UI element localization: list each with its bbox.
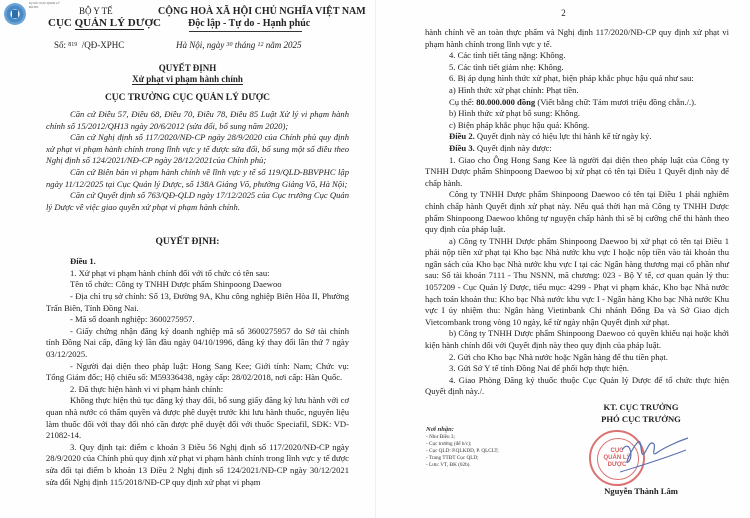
document-date: Hà Nội, ngày 30 tháng 12 năm 2025 [176, 40, 302, 50]
nation-name: CỘNG HOÀ XÃ HỘI CHỦ NGHĨA VIỆT NAM [158, 6, 366, 17]
fine-amount-line: Cụ thể: 80.000.000 đồng (Viết bằng chữ: … [425, 97, 729, 109]
decision-heading: QUYẾT ĐỊNH: [0, 237, 375, 247]
recipients-list: Nơi nhận: - Như Điều 3; - Cục trưởng (để… [426, 425, 499, 469]
fine-amount: 80.000.000 đồng [476, 97, 535, 107]
document-page-1: Ký bởi: CỤC QUẢN LÝ DƯỢC BỘ Y TẾ CỤC QUẢ… [0, 0, 375, 518]
page-number: 2 [376, 8, 750, 18]
agency-logo-icon [4, 3, 26, 25]
agency-name: CỤC QUẢN LÝ DƯỢC [48, 17, 161, 29]
handwritten-signature-icon [620, 428, 690, 478]
article-2: Điều 2. Quyết định này có hiệu lực thi h… [425, 131, 729, 143]
digital-signature-stamp: Ký bởi: CỤC QUẢN LÝ DƯỢC [29, 2, 61, 9]
signer-title-1: KT. CỤC TRƯỞNG [571, 402, 711, 412]
national-motto: Độc lập - Tự do - Hạnh phúc [188, 18, 310, 29]
signer-title-2: PHÓ CỤC TRƯỞNG [571, 414, 711, 424]
motto-underline [189, 31, 302, 32]
signer-name: Nguyễn Thành Lâm [571, 486, 711, 496]
issuing-authority: CỤC TRƯỞNG CỤC QUẢN LÝ DƯỢC [0, 93, 375, 103]
document-subtitle: Xử phạt vi phạm hành chính [0, 74, 375, 84]
article-3: Điều 3. Quyết định này được: [425, 143, 729, 155]
document-page-2: 2 hành chính về an toàn thực phẩm và Ngh… [375, 0, 750, 518]
article-1: Điều 1. 1. Xử phạt vi phạm hành chính đố… [70, 256, 350, 291]
ministry-name: BỘ Y TẾ [79, 6, 113, 16]
document-number: Số: 819 /QĐ-XPHC [54, 40, 124, 50]
article-1-details: - Địa chỉ trụ sở chính: Số 13, Đường 9A,… [46, 291, 349, 488]
page-2-body: hành chính về an toàn thực phẩm và Nghị … [425, 27, 729, 398]
document-title: QUYẾT ĐỊNH [0, 63, 375, 73]
legal-bases: Căn cứ Điều 57, Điều 68, Điều 70, Điều 7… [46, 109, 349, 213]
